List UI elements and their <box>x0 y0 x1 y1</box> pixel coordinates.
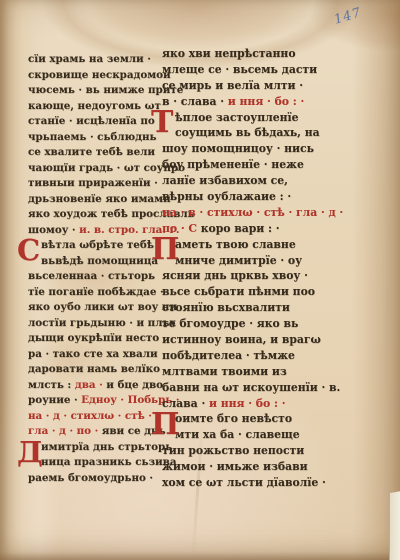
text-line: лостїи грьдыню · и пльх <box>28 316 168 332</box>
page-bottom-edge <box>0 552 400 560</box>
text-line: вѣрны оублажаие : · <box>162 189 350 205</box>
text-line: имитрїа днь стрьторь <box>28 440 168 456</box>
text-segment: хом се ωт льсти дїаволїе · <box>162 476 326 489</box>
text-segment: соущимь вь бѣдахь, на <box>175 126 320 139</box>
text-segment: раемь бгомоудрьно · <box>28 472 153 484</box>
text-segment: чрьпаемь · сьблюднь <box>28 131 157 143</box>
drop-cap-initial: С <box>17 236 40 265</box>
text-segment: роуние · <box>28 394 81 406</box>
text-segment: вѣтла ωбрѣте тебѣ <box>41 239 154 251</box>
text-segment: станїе · исцѣленїа по <box>28 115 155 127</box>
text-line: яко оубо лики ωт воу ни <box>28 300 168 316</box>
text-line: по · С коро вари : · <box>162 221 350 237</box>
text-segment: побѣдителеа · тѣмже <box>162 349 295 362</box>
text-segment: вьсе сьбрати пѣнми поо <box>162 285 315 298</box>
text-line: дыщи оукрѣпїи несто <box>28 331 168 347</box>
text-segment: ясняи днь црквь хвоу · <box>162 269 308 282</box>
text-line: ница празникь сьзива <box>28 455 168 471</box>
text-segment: яко оубо лики ωт воу ни <box>28 301 177 313</box>
text-line: млсть : два · и бце дво <box>28 378 168 394</box>
text-segment: се мирь и велїа млти · <box>162 79 303 92</box>
text-line: вьвѣдѣ помощница <box>28 254 168 270</box>
text-line: боу прѣмененїе · неже <box>162 157 350 173</box>
text-segment: ра · тако сте ха хвали <box>28 348 158 360</box>
text-segment: ѣплое застоупленїе <box>175 111 298 124</box>
text-line: чающїи градь · ωт соупро <box>28 161 168 177</box>
text-segment: млтвами твоими из <box>162 365 287 378</box>
text-segment: ланїе избавихом се, <box>162 174 288 187</box>
drop-cap-initial: Т <box>151 108 173 138</box>
text-line: шомоу · и. в. стро. гла. г. <box>28 223 168 239</box>
text-line: раемь бгомоудрьно · <box>28 471 168 487</box>
text-line: шоу помощницоу · нись <box>162 141 350 157</box>
text-line: сїи храмь на земли · <box>28 52 168 68</box>
text-line: истинноу воина, и врагω <box>162 332 350 348</box>
text-segment: тивныи прираженїи · <box>28 177 158 189</box>
text-segment: тин рожьство непости <box>162 444 304 457</box>
text-segment: коро вари : · <box>201 222 280 235</box>
manuscript-page: 147 СДсїи храмь на земли · скровище неск… <box>0 0 400 560</box>
text-line: тивныи прираженїи · <box>28 176 168 192</box>
drop-cap-initial: П <box>151 410 179 440</box>
text-column-left: СДсїи храмь на земли · скровище нескрадо… <box>28 52 168 486</box>
text-segment: вѣрны оублажаие : · <box>162 190 291 203</box>
text-line: побѣдителеа · тѣмже <box>162 348 350 364</box>
text-line: аметь твою славне <box>162 237 350 253</box>
text-segment: скровище нескрадомои <box>28 69 171 81</box>
text-line: тїе поганїе побѣждае · <box>28 285 168 301</box>
text-line: тин рожьство непости <box>162 443 350 459</box>
text-segment: чюсемь · вь нимже прите <box>28 84 183 96</box>
text-column-right: ТППяко хви непрѣстанно млеще се · вьсемь… <box>162 46 350 491</box>
text-segment: аметь твою славне <box>175 238 296 251</box>
text-segment: оимте бго невѣсто <box>175 412 292 425</box>
text-line: млтвами твоими из <box>162 364 350 380</box>
text-segment: се хвалите тебѣ вели <box>28 146 155 158</box>
text-segment: лостїи грьдыню · и пльх <box>28 317 176 329</box>
text-line: ланїе избавихом се, <box>162 173 350 189</box>
text-line: в · слава · и ння · бо : · <box>162 94 350 110</box>
text-line: даровати намь велїко <box>28 362 168 378</box>
text-line: станїе · исцѣленїа по <box>28 114 168 130</box>
text-segment: жимои · имьже избави <box>162 460 308 473</box>
text-segment: мти ха ба · славеще <box>175 428 300 441</box>
text-segment: и ння · бо : · <box>209 397 286 410</box>
text-line: мти ха ба · славеще <box>162 427 350 443</box>
drop-cap-initial: П <box>151 235 179 265</box>
text-line: се мирь и велїа млти · <box>162 78 350 94</box>
text-line: жимои · имьже избави <box>162 459 350 475</box>
text-line: слава · и ння · бо : · <box>162 396 350 412</box>
text-line: стоянїю вьсхвалити <box>162 300 350 316</box>
text-segment: стоянїю вьсхвалити <box>162 301 290 314</box>
text-segment: дрьзновенїе яко имами <box>28 193 171 205</box>
text-line: ясняи днь црквь хвоу · <box>162 268 350 284</box>
text-line: дрьзновенїе яко имами <box>28 192 168 208</box>
text-segment: бавни на ωт искоушенїи · в. <box>162 381 340 394</box>
text-line: роуние · Едноу · Побьрь · <box>28 393 168 409</box>
text-line: на · в · стихлω · стѣ · гла · д · <box>162 205 350 221</box>
text-segment: дыщи оукрѣпїи несто <box>28 332 159 344</box>
text-segment: два · <box>75 379 106 391</box>
manuscript-photo: 147 СДсїи храмь на земли · скровище неск… <box>0 0 400 560</box>
text-line: бавни на ωт искоушенїи · в. <box>162 380 350 396</box>
drop-cap-initial: Д <box>17 438 43 467</box>
next-page-sliver <box>389 491 400 560</box>
text-line: вѣтла ωбрѣте тебѣ <box>28 238 168 254</box>
text-line: те бгомоудре · яко вь <box>162 316 350 332</box>
folio-number: 147 <box>332 5 363 27</box>
text-line: хом се ωт льсти дїаволїе · <box>162 475 350 491</box>
text-line: се хвалите тебѣ вели <box>28 145 168 161</box>
text-line: мниче димитрїе · оу <box>162 253 350 269</box>
text-line: чюсемь · вь нимже прите <box>28 83 168 99</box>
text-line: вьсе сьбрати пѣнми поо <box>162 284 350 300</box>
text-line: на · д · стихлω · стѣ · <box>28 409 168 425</box>
text-segment: вьвѣдѣ помощница <box>41 255 158 267</box>
text-segment: млсть : <box>28 379 75 391</box>
text-line: гла · д · по · яви се днь · <box>28 424 168 440</box>
text-segment: сїи храмь на земли · <box>28 53 151 65</box>
text-line: ра · тако сте ха хвали <box>28 347 168 363</box>
text-segment: яко хви непрѣстанно <box>162 47 296 60</box>
text-line: вьселеннаа · стьторь <box>28 269 168 285</box>
text-segment: на · в · стихлω · стѣ · гла · д · <box>162 206 343 219</box>
text-segment: мниче димитрїе · оу <box>175 254 302 267</box>
text-segment: ница празникь сьзива <box>41 456 177 468</box>
text-segment: вьселеннаа · стьторь <box>28 270 155 282</box>
text-segment: и ння · бо : · <box>228 95 305 108</box>
text-line: кающе, недоугомь ωт <box>28 99 168 115</box>
text-segment: истинноу воина, и врагω <box>162 333 321 346</box>
text-segment: на · д · стихлω · стѣ · <box>28 410 152 422</box>
text-segment: даровати намь велїко <box>28 363 160 375</box>
text-line: соущимь вь бѣдахь, на <box>162 125 350 141</box>
text-line: чрьпаемь · сьблюднь <box>28 130 168 146</box>
text-line: яко хоудож тебѣ прославль <box>28 207 168 223</box>
text-segment: тїе поганїе побѣждае · <box>28 286 164 298</box>
text-line: ѣплое застоупленїе <box>162 110 350 126</box>
text-segment: млеще се · вьсемь дасти <box>162 63 317 76</box>
text-line: оимте бго невѣсто <box>162 411 350 427</box>
text-line: скровище нескрадомои <box>28 68 168 84</box>
text-segment: шоу помощницоу · нись <box>162 142 314 155</box>
text-line: млеще се · вьсемь дасти <box>162 62 350 78</box>
text-line: яко хви непрѣстанно <box>162 46 350 62</box>
text-segment: и бце дво <box>106 379 163 391</box>
text-segment: имитрїа днь стрьторь <box>41 441 172 453</box>
text-segment: те бгомоудре · яко вь <box>162 317 298 330</box>
text-segment: боу прѣмененїе · неже <box>162 158 304 171</box>
text-segment: кающе, недоугомь ωт <box>28 100 161 112</box>
